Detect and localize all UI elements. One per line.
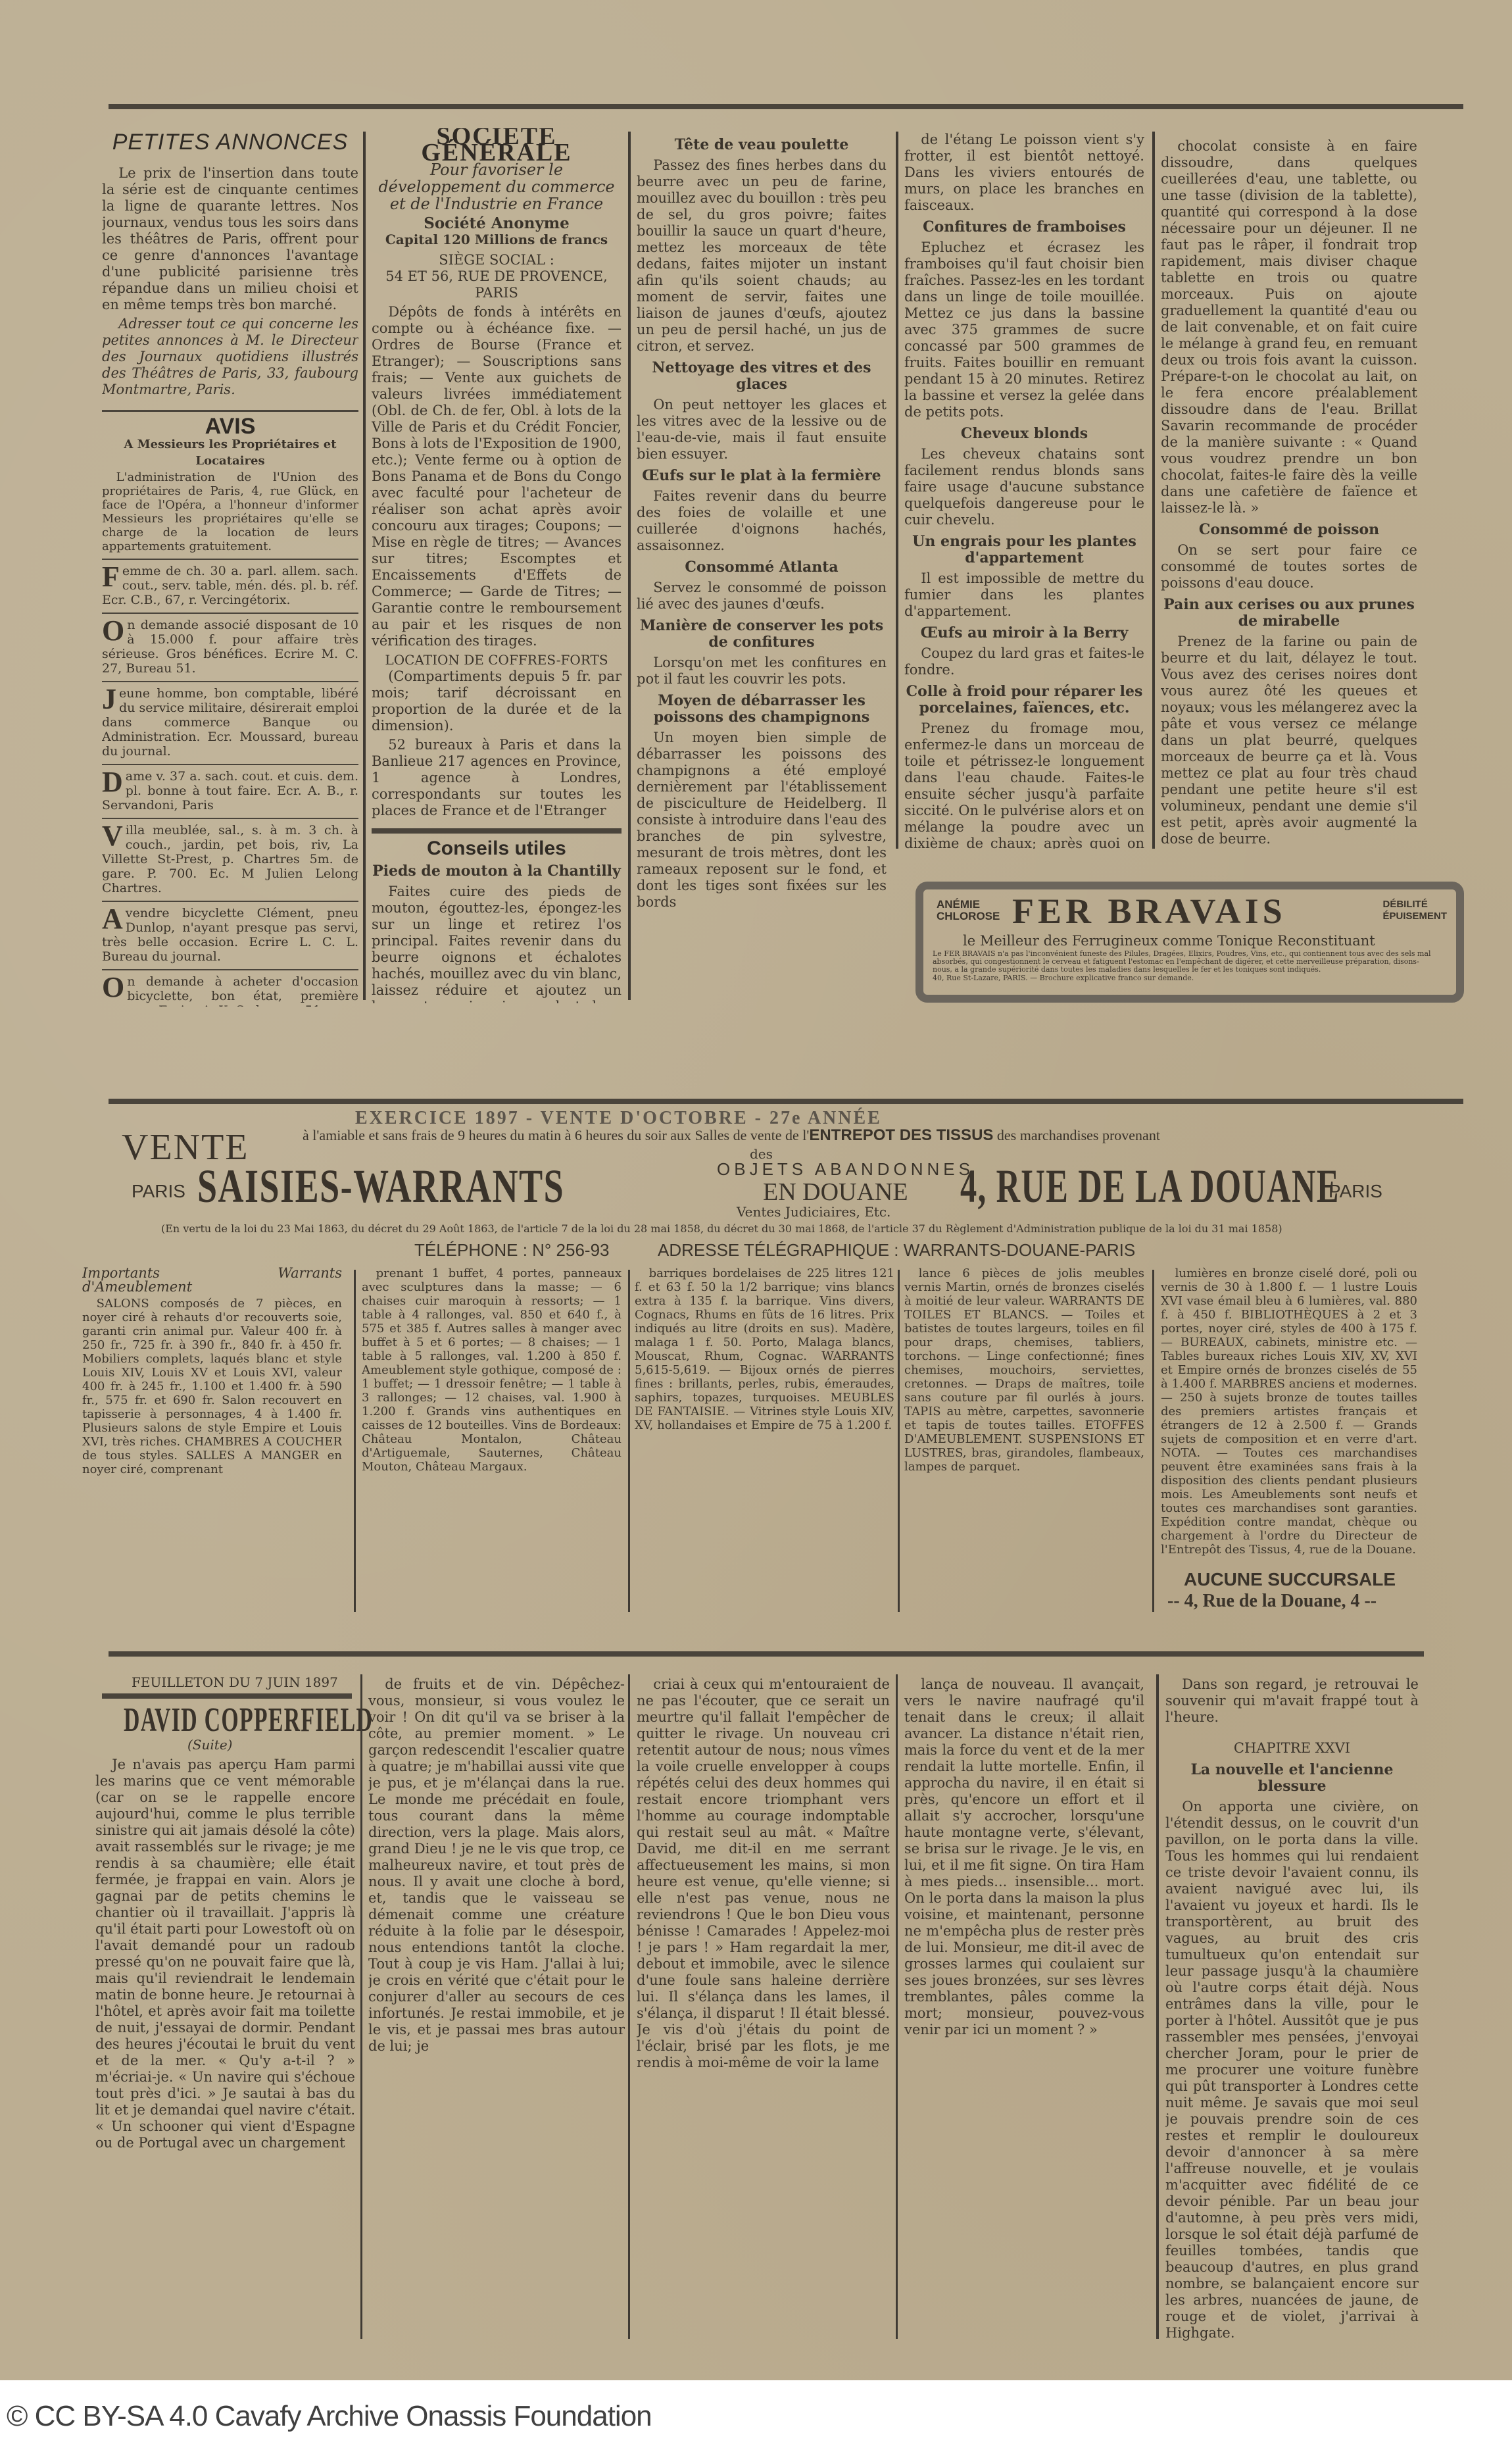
chapter-title: La nouvelle et l'ancienne blessure: [1165, 1762, 1419, 1795]
column-rule: [628, 1674, 630, 2339]
column-rule: [1152, 132, 1155, 849]
petites-annonces-intro: Le prix de l'insertion dans toute la sér…: [102, 165, 358, 313]
recipe-heading: Manière de conserver les pots de confitu…: [637, 618, 887, 651]
tip-text: chocolat consiste à en faire dissoudre, …: [1161, 138, 1417, 516]
warrants-text: lance 6 pièces de jolis meubles vernis M…: [904, 1266, 1144, 1474]
column-rule: [354, 1270, 356, 1612]
paris-right: PARIS: [1329, 1181, 1382, 1202]
classified-ad: Femme de ch. 30 a. parl. allem. sach. co…: [102, 560, 358, 614]
chapter-text: On apporta une civière, on l'étendit des…: [1165, 1799, 1419, 2341]
divider: [102, 410, 358, 412]
paris-left: PARIS: [132, 1181, 185, 1202]
vente-line-text: à l'amiable et sans frais de 9 heures du…: [303, 1127, 809, 1143]
classified-ad: Dame v. 37 a. sach. cout. et cuis. dem. …: [102, 765, 358, 819]
conseils-title: Conseils utiles: [372, 840, 622, 857]
classified-ad: Jeune homme, bon comptable, libéré du se…: [102, 682, 358, 765]
chapter-number: CHAPITRE XXVI: [1165, 1740, 1419, 1757]
feuilleton-text: Je n'avais pas aperçu Ham parmi les mari…: [95, 1757, 355, 2151]
debilite-label: DÉBILITÉ: [1382, 899, 1447, 911]
societe-generale-subtitle: Pour favoriser le développement du comme…: [372, 161, 622, 213]
fer-bravais-address: 40, Rue St-Lazare, PARIS. — Brochure exp…: [933, 974, 1194, 982]
warrants-heading: Importants Warrants d'Ameublement: [82, 1266, 342, 1294]
avis-subtitle: A Messieurs les Propriétaires et Locatai…: [102, 436, 358, 469]
recipes-column: Tête de veau poulette Passez des fines h…: [637, 132, 887, 1007]
classified-ad: Villa meublée, sal., s. à m. 3 ch. à cou…: [102, 819, 358, 902]
feuilleton-date: FEUILLETON DU 7 JUIN 1897: [132, 1674, 338, 1690]
avis-text: L'administration de l'Union des propriét…: [102, 470, 358, 553]
feuilleton-text: de fruits et de vin. Dépêchez-vous, mons…: [368, 1676, 625, 2055]
classified-ad: A vendre bicyclette Clément, pneu Dunlop…: [102, 902, 358, 970]
tip-heading: Colle à froid pour réparer les porcelain…: [904, 684, 1144, 716]
recipe-heading: Tête de veau poulette: [637, 137, 887, 153]
caption-bar: © CC BY-SA 4.0 Cavafy Archive Onassis Fo…: [0, 2380, 1512, 2450]
recipe-text: Servez le consommé de poisson lié avec d…: [637, 580, 887, 612]
tip-text: Prenez du fromage mou, enfermez-le dans …: [904, 720, 1144, 849]
recipe-text: Un moyen bien simple de débarrasser les …: [637, 730, 887, 911]
warrants-column: prenant 1 buffet, 4 portes, panneaux ave…: [362, 1266, 622, 1615]
siege-address: 54 ET 56, RUE DE PROVENCE, PARIS: [372, 268, 622, 301]
siege-label: SIÈGE SOCIAL :: [372, 252, 622, 268]
feuilleton-column: Je n'avais pas aperçu Ham parmi les mari…: [95, 1757, 355, 2349]
avis-title: AVIS: [102, 418, 358, 435]
bureaux-text: 52 bureaux à Paris et dans la Banlieue 2…: [372, 737, 622, 819]
feuilleton-suite: (Suite): [187, 1737, 232, 1753]
fer-bravais-ad: ANÉMIE CHLOROSE FER BRAVAIS DÉBILITÉ ÉPU…: [915, 882, 1464, 1003]
chlorose-label: CHLOROSE: [937, 911, 1000, 922]
petites-annonces-title: PETITES ANNONCES: [102, 134, 358, 151]
classified-ad: On demande associé disposant de 10 à 15.…: [102, 614, 358, 682]
rue-de-la-douane: 4, RUE DE LA DOUANE: [960, 1159, 1340, 1214]
fer-bravais-tagline: le Meilleur des Ferrugineux comme Toniqu…: [963, 933, 1375, 949]
tip-heading: Œufs au miroir à la Berry: [904, 625, 1144, 641]
recipe-text: On peut nettoyer les glaces et les vitre…: [637, 397, 887, 463]
societe-anonyme: Société Anonyme: [372, 215, 622, 232]
coffres-text: (Compartiments depuis 5 fr. par mois; ta…: [372, 668, 622, 734]
saisies-warrants: SAISIES-WARRANTS: [197, 1159, 564, 1214]
anemie-label: ANÉMIE: [937, 899, 1000, 911]
feuilleton-text: Dans son regard, je retrouvai le souveni…: [1165, 1676, 1419, 1726]
feuilleton-text: lança de nouveau. Il avançait, vers le n…: [904, 1676, 1144, 2038]
column-rule: [896, 132, 898, 849]
recipe-heading: Moyen de débarrasser les poissons des ch…: [637, 693, 887, 726]
telephone: TÉLÉPHONE : N° 256-93: [414, 1240, 610, 1261]
feuilleton-column: criai à ceux qui m'entouraient de ne pas…: [637, 1676, 890, 2341]
vente-line-end: des marchandises provenant: [997, 1127, 1160, 1143]
household-tips-column: de l'étang Le poisson vient s'y frotter,…: [904, 132, 1144, 849]
tip-heading: Cheveux blonds: [904, 426, 1144, 442]
column-rule: [628, 132, 631, 1000]
column-rule: [896, 1674, 898, 2339]
tip-text: Prenez de la farine ou pain de beurre et…: [1161, 634, 1417, 847]
feuilleton-top-rule: [109, 1651, 1424, 1657]
feuilleton-title: DAVID COPPERFIELD: [124, 1701, 373, 1739]
top-rule: [109, 104, 1463, 109]
feuilleton-column: lança de nouveau. Il avançait, vers le n…: [904, 1676, 1144, 2341]
tip-text: On se sert pour faire ce consommé de tou…: [1161, 542, 1417, 591]
entrepot-des-tissus: ENTREPOT DES TISSUS: [809, 1126, 993, 1144]
societe-generale-title: SOCIÉTÉ GÉNÉRALE: [372, 128, 622, 161]
fer-bravais-title: FER BRAVAIS: [1012, 891, 1286, 932]
column-rule: [1156, 1674, 1159, 2339]
feuilleton-header-rule: [102, 1693, 352, 1699]
societe-generale-column: SOCIÉTÉ GÉNÉRALE Pour favoriser le dével…: [372, 128, 622, 1003]
column-rule: [628, 1270, 630, 1612]
capital: Capital 120 Millions de francs: [372, 232, 622, 248]
fer-bravais-body: Le FER BRAVAIS n'a pas l'inconvénient fu…: [933, 950, 1432, 975]
feuilleton-column: de fruits et de vin. Dépêchez-vous, mons…: [368, 1676, 625, 2341]
tip-heading: Pain aux cerises ou aux prunes de mirabe…: [1161, 597, 1417, 630]
recipe-text: Lorsqu'on met les confitures en pot il f…: [637, 655, 887, 687]
tip-text: de l'étang Le poisson vient s'y frotter,…: [904, 132, 1144, 214]
warrants-column: Importants Warrants d'Ameublement SALONS…: [82, 1266, 342, 1615]
column-rule: [898, 1270, 900, 1612]
column-rule: [363, 132, 366, 1000]
chocolate-column: chocolat consiste à en faire dissoudre, …: [1161, 138, 1417, 849]
tip-heading: Consommé de poisson: [1161, 522, 1417, 538]
recipe-text: Faites revenir dans du beurre des foies …: [637, 488, 887, 554]
warrants-column: lance 6 pièces de jolis meubles vernis M…: [904, 1266, 1144, 1615]
warrants-text: prenant 1 buffet, 4 portes, panneaux ave…: [362, 1266, 622, 1474]
tip-text: Epluchez et écrasez les framboises qu'il…: [904, 239, 1144, 420]
societe-generale-text: Dépôts de fonds à intérêts en compte ou …: [372, 304, 622, 649]
tip-heading: Un engrais pour les plantes d'appartemen…: [904, 534, 1144, 566]
tip-heading: Confitures de framboises: [904, 219, 1144, 236]
recipe-heading: Consommé Atlanta: [637, 559, 887, 576]
feuilleton-text: criai à ceux qui m'entouraient de ne pas…: [637, 1676, 890, 2071]
ventes-judiciaires: Ventes Judiciaires, Etc.: [737, 1204, 890, 1220]
column-rule: [1152, 1270, 1154, 1612]
recipe-heading: Nettoyage des vitres et des glaces: [637, 360, 887, 393]
tip-text: Coupez du lard gras et faites-le fondre.: [904, 645, 1144, 678]
recipe-text: Passez des fines herbes dans du beurre a…: [637, 157, 887, 355]
vente-line: à l'amiable et sans frais de 9 heures du…: [303, 1126, 1160, 1145]
recipe-heading: Œufs sur le plat à la fermière: [637, 468, 887, 484]
objets-abandonnes: OBJETS ABANDONNES: [717, 1159, 974, 1180]
warrants-column: lumières en bronze ciselé doré, poli ou …: [1161, 1266, 1417, 1582]
aucune-address: -- 4, Rue de la Douane, 4 --: [1167, 1591, 1377, 1612]
warrants-text: barriques bordelaises de 225 litres 121 …: [635, 1266, 894, 1432]
vente-top-rule: [109, 1099, 1463, 1104]
classified-ad: On demande à acheter d'occasion bicyclet…: [102, 970, 358, 1007]
en-douane: EN DOUANE: [763, 1178, 908, 1207]
coffres-title: LOCATION DE COFFRES-FORTS: [372, 652, 622, 668]
copyright-caption: © CC BY-SA 4.0 Cavafy Archive Onassis Fo…: [7, 2400, 652, 2433]
warrants-column: barriques bordelaises de 225 litres 121 …: [635, 1266, 894, 1615]
petites-annonces-address: Adresser tout ce qui concerne les petite…: [102, 316, 358, 398]
petites-annonces-column: PETITES ANNONCES Le prix de l'insertion …: [102, 132, 358, 1007]
conseil-heading: Pieds de mouton à la Chantilly: [372, 863, 622, 880]
warrants-text: lumières en bronze ciselé doré, poli ou …: [1161, 1266, 1417, 1557]
legal-notice: (En vertu de la loi du 23 Mai 1863, du d…: [161, 1222, 1450, 1235]
telegraph: ADRESSE TÉLÉGRAPHIQUE : WARRANTS-DOUANE-…: [658, 1240, 1135, 1261]
tip-text: Les cheveux chatains sont facilement ren…: [904, 446, 1144, 528]
feuilleton-column: Dans son regard, je retrouvai le souveni…: [1165, 1676, 1419, 2341]
newspaper-page: PETITES ANNONCES Le prix de l'insertion …: [0, 0, 1512, 2380]
column-rule: [360, 1674, 362, 2339]
aucune-succursale: AUCUNE SUCCURSALE: [1184, 1569, 1396, 1590]
warrants-text: SALONS composés de 7 pièces, en noyer ci…: [82, 1297, 342, 1476]
epuisement-label: ÉPUISEMENT: [1382, 911, 1447, 922]
tip-text: Il est impossible de mettre du fumier da…: [904, 570, 1144, 620]
conseil-text: Faites cuire des pieds de mouton, égoutt…: [372, 884, 622, 1003]
